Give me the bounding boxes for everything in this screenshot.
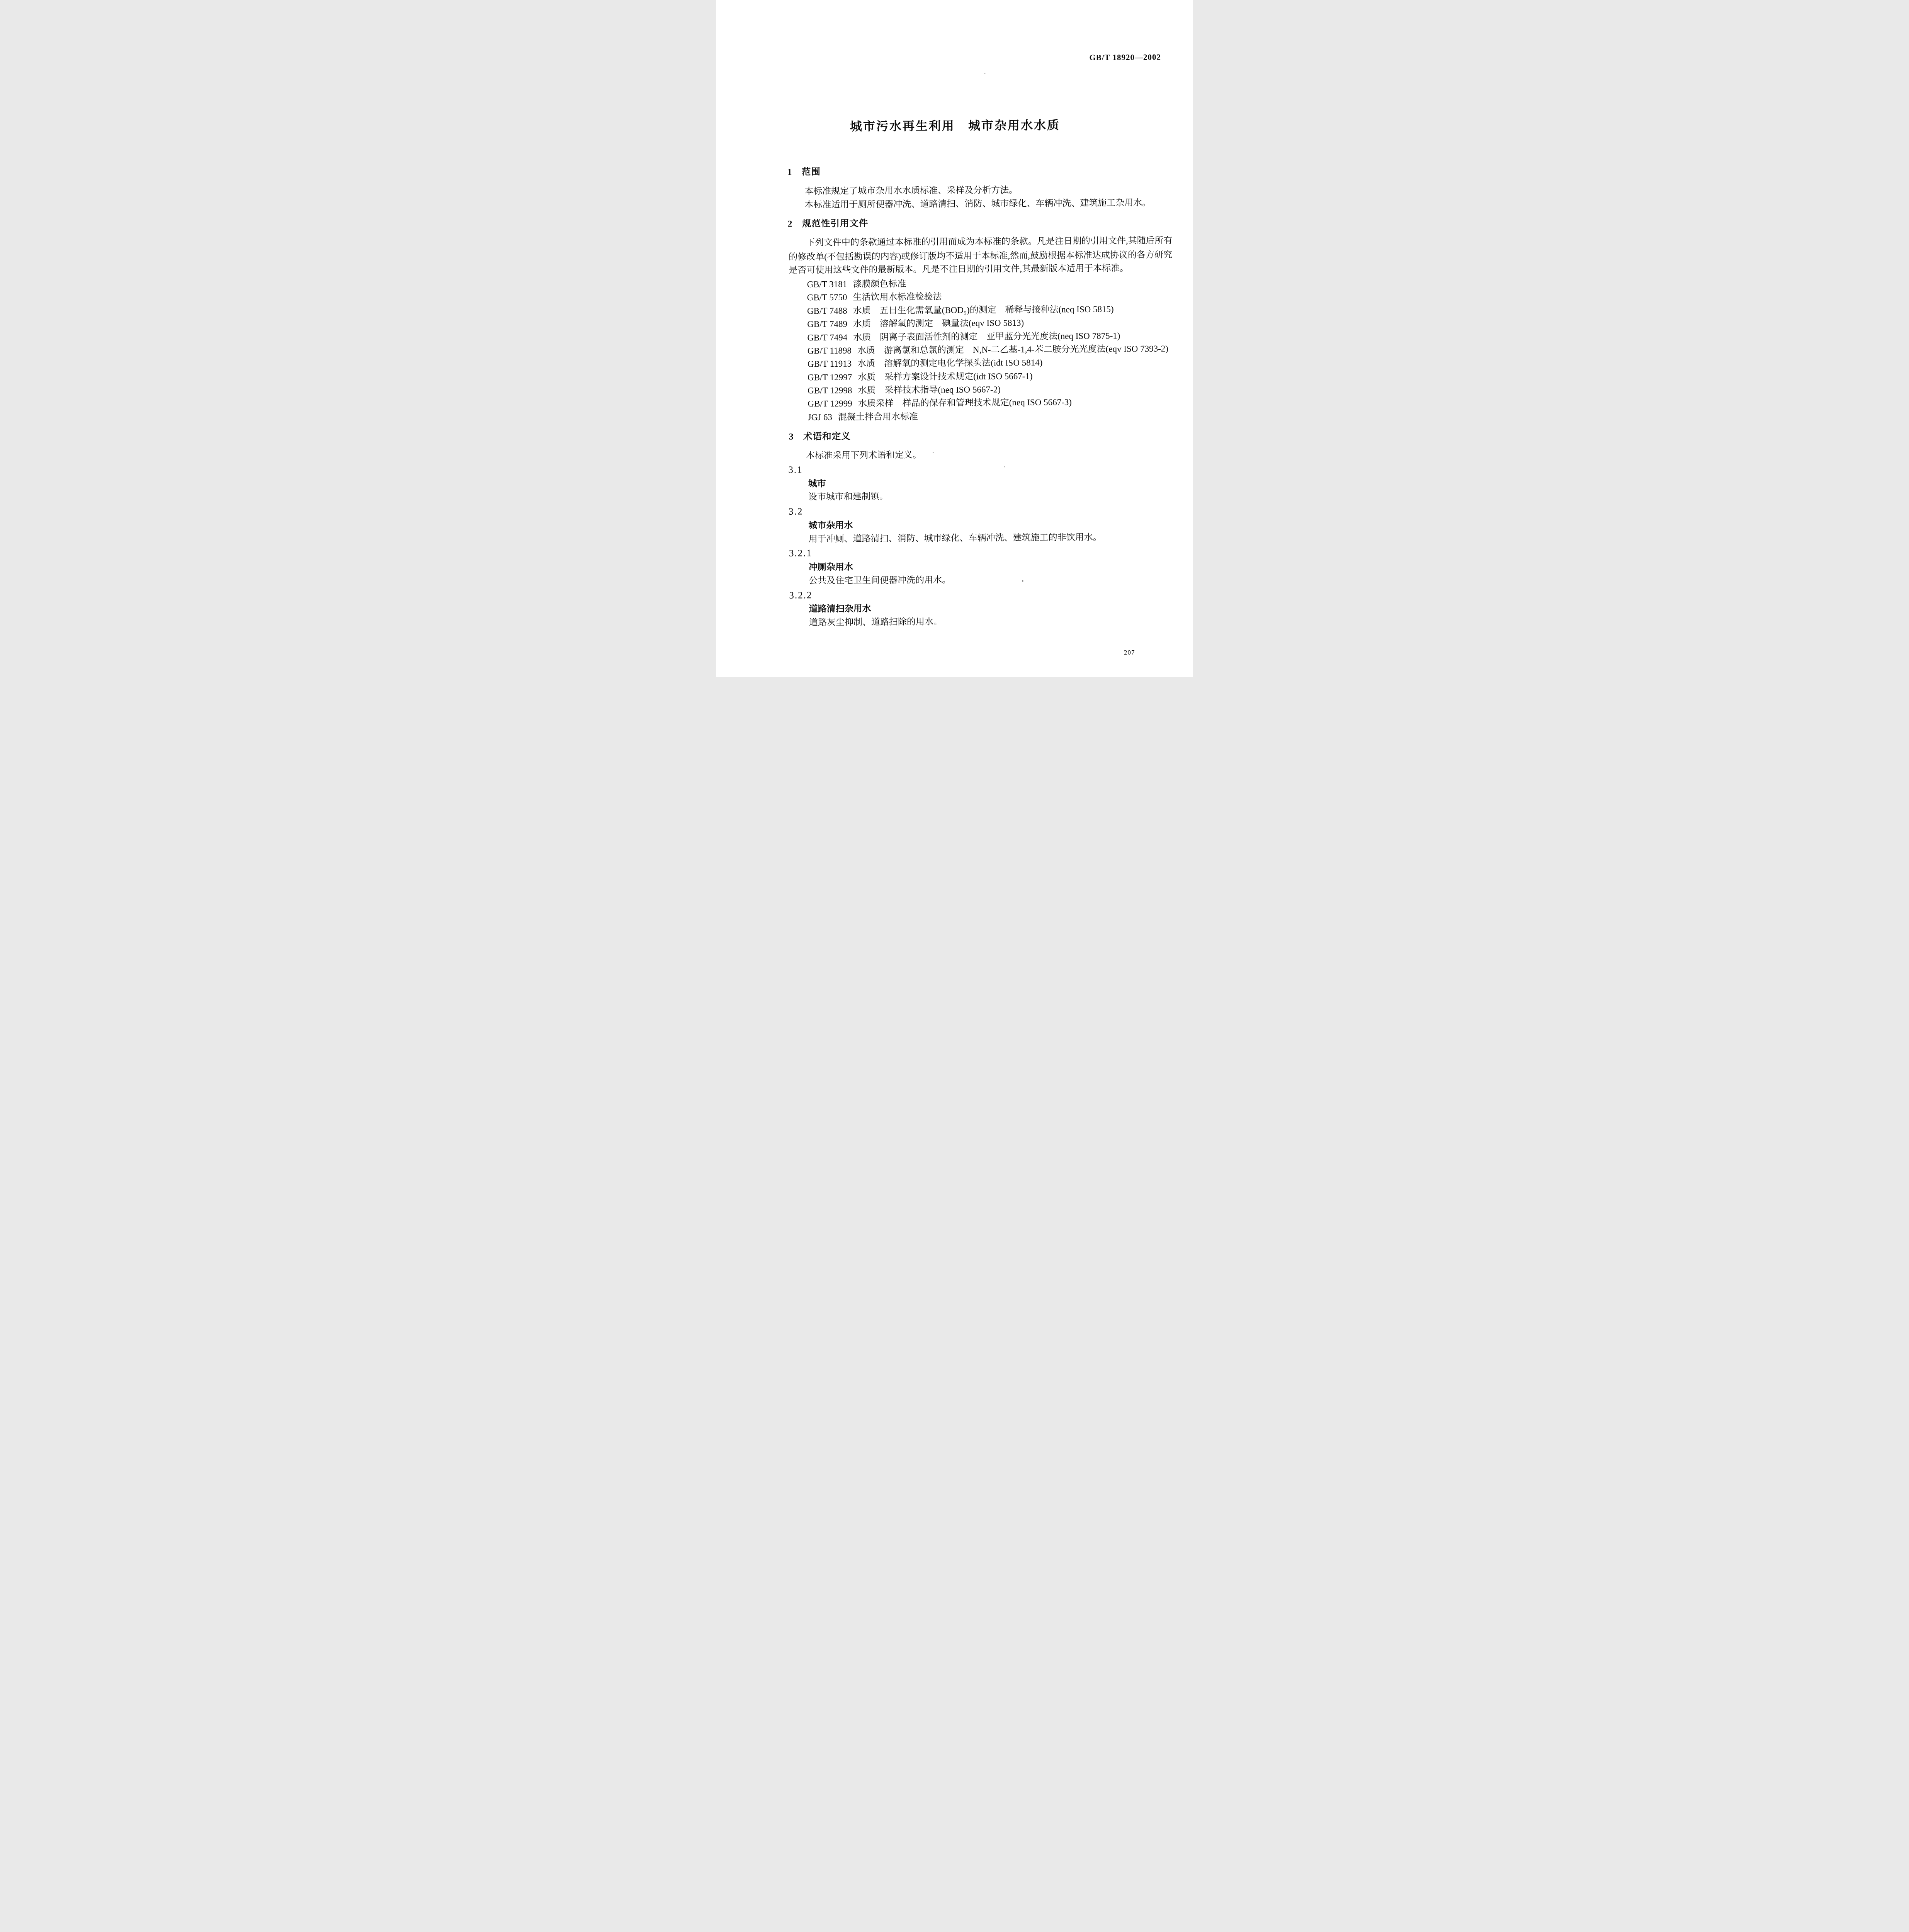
term-name: 城市杂用水 [808, 521, 853, 530]
term-definition: 公共及住宅卫生间便器冲洗的用水。 [809, 575, 951, 585]
reference-code: GB/T 12997 [807, 373, 852, 382]
reference-code: GB/T 5750 [807, 293, 847, 302]
section1-paragraph-1: 本标准规定了城市杂用水水质标准、采样及分析方法。 [804, 185, 1018, 196]
reference-item: GB/T 11913水质 溶解氧的测定电化学探头法(idt ISO 5814) [807, 358, 1043, 369]
term-name: 城市 [808, 479, 826, 488]
reference-title: 水质 五日生化需氧量(BOD₅)的测定 稀释与接种法(neq ISO 5815) [853, 304, 1114, 315]
scan-speck [1022, 580, 1023, 582]
reference-item: GB/T 7489水质 溶解氧的测定 碘量法(eqv ISO 5813) [807, 318, 1024, 328]
scan-speck [984, 73, 985, 74]
reference-code: GB/T 7488 [807, 306, 847, 316]
reference-item: GB/T 7494水质 阴离子表面活性剂的测定 亚甲蓝分光光度法(neq ISO… [807, 331, 1120, 342]
reference-code: GB/T 3181 [807, 280, 847, 289]
section2-heading: 2 规范性引用文件 [788, 219, 869, 229]
scan-speck [1002, 193, 1003, 194]
reference-code: GB/T 7494 [807, 333, 847, 342]
scanned-page-content: GB/T 18920—2002 城市污水再生利用 城市杂用水水质 1 范围 本标… [716, 0, 1193, 677]
section2-intro-line-3: 是否可使用这些文件的最新版本。凡是不注日期的引用文件,其最新版本适用于本标准。 [789, 264, 1129, 274]
section1-paragraph-2: 本标准适用于厕所便器冲洗、道路清扫、消防、城市绿化、车辆冲洗、建筑施工杂用水。 [804, 198, 1151, 209]
term-clause-number: 3.1 [788, 465, 802, 474]
scan-speck [933, 452, 933, 453]
section2-intro-line-1: 下列文件中的条款通过本标准的引用而成为本标准的条款。凡是注日期的引用文件,其随后… [806, 236, 1173, 247]
reference-title: 水质 溶解氧的测定电化学探头法(idt ISO 5814) [857, 358, 1042, 368]
reference-item: JGJ 63混凝土拌合用水标准 [808, 412, 918, 422]
reference-item: GB/T 11898水质 游离氯和总氯的测定 N,N-二乙基-1,4-苯二胺分光… [807, 344, 1168, 355]
reference-code: GB/T 12998 [807, 386, 852, 395]
reference-title: 水质 游离氯和总氯的测定 N,N-二乙基-1,4-苯二胺分光光度法(eqv IS… [857, 344, 1168, 355]
section1-heading: 1 范围 [787, 168, 821, 177]
reference-code: JGJ 63 [808, 413, 832, 422]
term-name: 冲厕杂用水 [809, 563, 853, 572]
reference-item: GB/T 7488水质 五日生化需氧量(BOD₅)的测定 稀释与接种法(neq … [807, 304, 1114, 315]
reference-item: GB/T 5750生活饮用水标准检验法 [807, 292, 942, 302]
section3-intro: 本标准采用下列术语和定义。 [806, 451, 921, 460]
reference-code: GB/T 12999 [807, 399, 852, 408]
reference-item: GB/T 12998水质 采样技术指导(neq ISO 5667-2) [807, 385, 1001, 395]
reference-title: 水质 阴离子表面活性剂的测定 亚甲蓝分光光度法(neq ISO 7875-1) [853, 331, 1120, 342]
term-clause-number: 3.2.2 [789, 590, 812, 600]
reference-code: GB/T 11898 [807, 346, 852, 355]
reference-code: GB/T 7489 [807, 320, 847, 329]
reference-title: 混凝土拌合用水标准 [838, 412, 918, 422]
document-title: 城市污水再生利用 城市杂用水水质 [850, 115, 1060, 134]
reference-item: GB/T 12999水质采样 样品的保存和管理技术规定(neq ISO 5667… [807, 398, 1072, 408]
term-clause-number: 3.2 [789, 507, 803, 516]
term-clause-number: 3.2.1 [789, 548, 812, 558]
reference-item: GB/T 12997水质 采样方案设计技术规定(idt ISO 5667-1) [807, 372, 1033, 382]
term-definition: 用于冲厕、道路清扫、消防、城市绿化、车辆冲洗、建筑施工的非饮用水。 [809, 533, 1102, 544]
term-name: 道路清扫杂用水 [809, 604, 871, 613]
reference-title: 水质 采样技术指导(neq ISO 5667-2) [858, 385, 1000, 395]
page-number: 207 [1124, 649, 1135, 656]
term-definition: 设市城市和建制镇。 [808, 492, 888, 501]
section2-intro-line-2: 的修改单(不包括勘误的内容)或修订版均不适用于本标准,然而,鼓励根据本标准达成协… [789, 250, 1172, 262]
reference-title: 水质 采样方案设计技术规定(idt ISO 5667-1) [858, 372, 1032, 382]
scan-speck [1004, 466, 1005, 467]
reference-title: 漆膜颜色标准 [853, 279, 906, 289]
section3-heading: 3 术语和定义 [789, 432, 851, 442]
reference-code: GB/T 11913 [807, 359, 852, 369]
standard-number: GB/T 18920—2002 [1089, 53, 1161, 63]
document-page: GB/T 18920—2002 城市污水再生利用 城市杂用水水质 1 范围 本标… [716, 0, 1193, 677]
reference-title: 水质 溶解氧的测定 碘量法(eqv ISO 5813) [853, 318, 1024, 328]
reference-title: 水质采样 样品的保存和管理技术规定(neq ISO 5667-3) [858, 398, 1072, 408]
term-definition: 道路灰尘抑制、道路扫除的用水。 [809, 617, 942, 627]
reference-title: 生活饮用水标准检验法 [853, 292, 942, 301]
reference-item: GB/T 3181漆膜颜色标准 [807, 279, 906, 289]
